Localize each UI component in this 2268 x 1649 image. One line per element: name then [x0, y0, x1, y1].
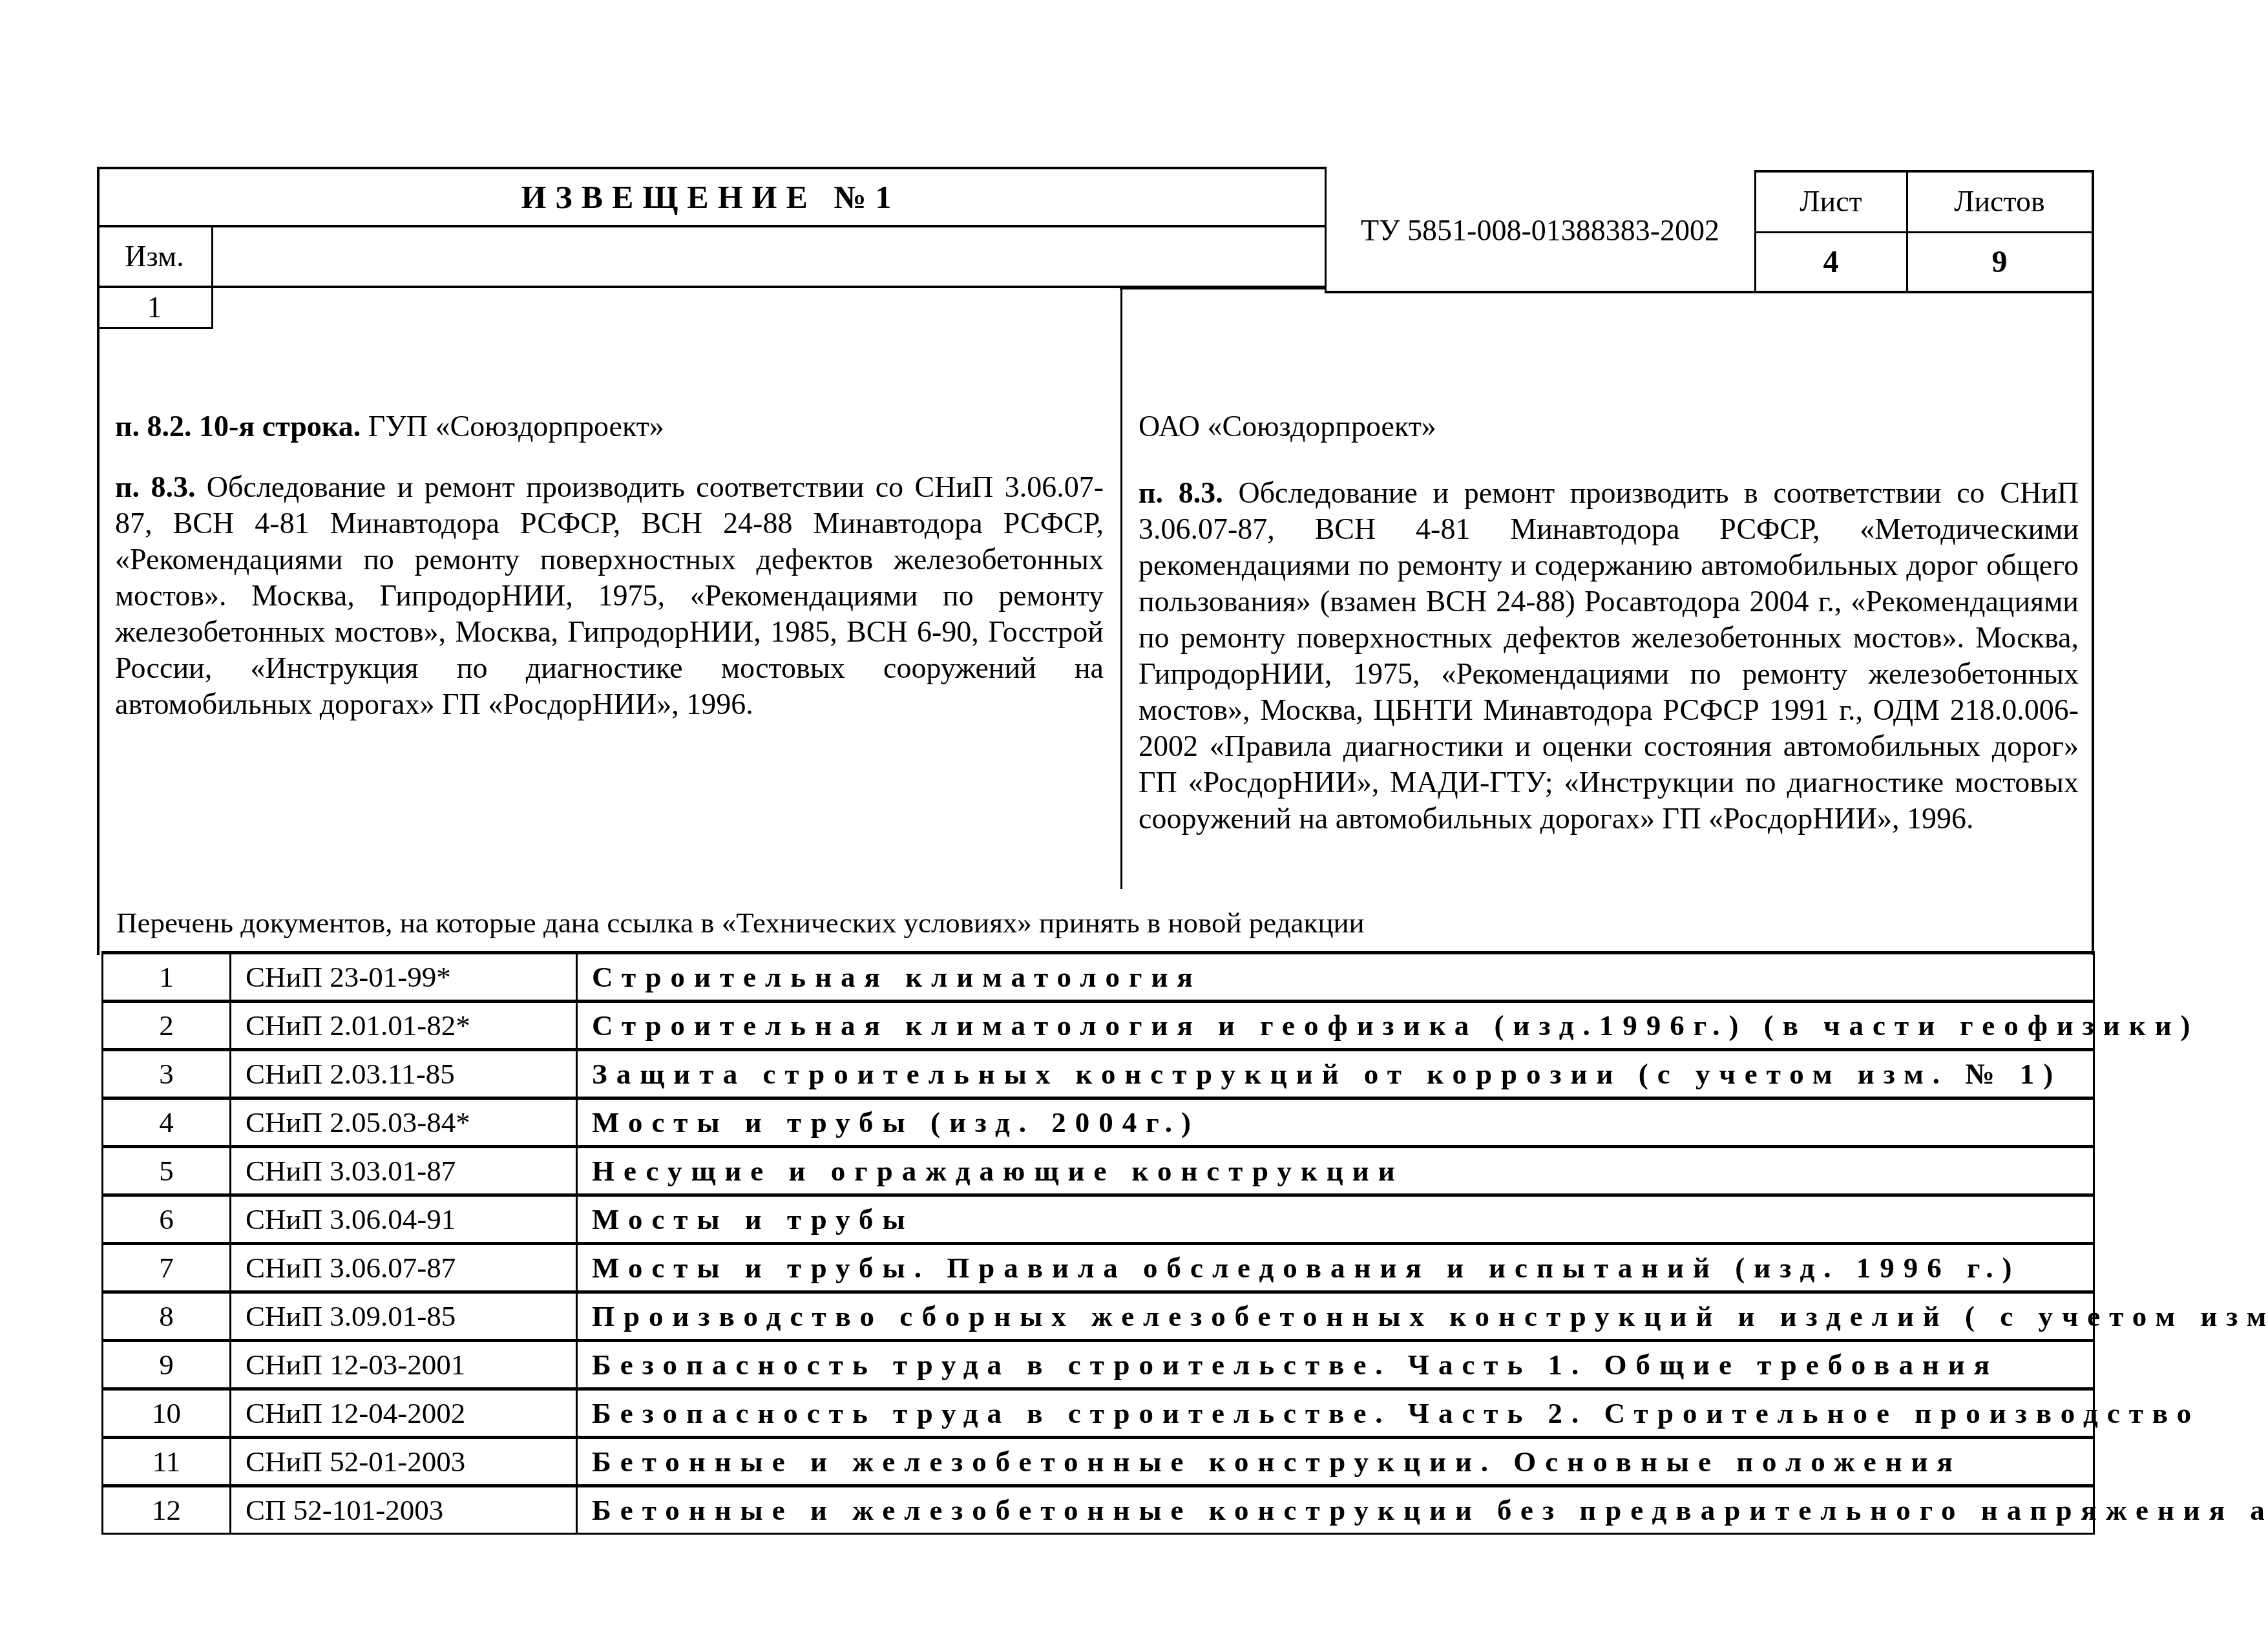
code-block-bottom	[1120, 287, 1327, 289]
table-row: 9СНиП 12-03-2001Безопасность труда в стр…	[103, 1341, 2094, 1389]
change-number: 1	[97, 287, 212, 327]
document-code-cell: СНиП 3.06.04-91	[231, 1195, 577, 1244]
document-code-cell: СНиП 2.01.01-82*	[231, 1002, 577, 1050]
references-caption: Перечень документов, на которые дана ссы…	[116, 906, 1365, 940]
table-row: 11СНиП 52-01-2003Бетонные и железобетонн…	[103, 1438, 2094, 1486]
old-clause-8-3-ref: п. 8.3.	[115, 470, 195, 503]
document-code: ТУ 5851-008-01388383-2002	[1326, 169, 1754, 291]
notice-title: ИЗВЕЩЕНИЕ №1	[97, 169, 1325, 225]
row-number: 6	[103, 1195, 231, 1244]
row-number: 9	[103, 1341, 231, 1389]
old-clause-8-2: п. 8.2. 10-я строка. ГУП «Союздорпроект»	[115, 408, 1104, 445]
row-number: 8	[103, 1292, 231, 1341]
document-title-cell: Бетонные и железобетонные конструкции. О…	[577, 1438, 2094, 1486]
document-code-cell: СНиП 12-04-2002	[231, 1389, 577, 1438]
new-clause-8-3: п. 8.3. Обследование и ремонт производит…	[1139, 475, 2079, 837]
document-code-cell: СНиП 12-03-2001	[231, 1341, 577, 1389]
document-title-cell: Строительная климатология	[577, 953, 2094, 1002]
sheets-label: Листов	[1907, 171, 2092, 231]
table-row: 2СНиП 2.01.01-82*Строительная климатолог…	[103, 1002, 2094, 1050]
table-row: 4СНиП 2.05.03-84*Мосты и трубы (изд. 200…	[103, 1098, 2094, 1147]
row-number: 7	[103, 1244, 231, 1292]
header-block-bottom	[1325, 291, 2094, 293]
change-number-bottom	[97, 327, 213, 329]
document-title-cell: Защита строительных конструкций от корро…	[577, 1050, 2094, 1098]
table-row: 1СНиП 23-01-99*Строительная климатология	[103, 953, 2094, 1002]
references-table: 1СНиП 23-01-99*Строительная климатология…	[101, 951, 2095, 1535]
table-row: 8СНиП 3.09.01-85Производство сборных жел…	[103, 1292, 2094, 1341]
old-clause-8-3: п. 8.3. Обследование и ремонт производит…	[115, 469, 1104, 722]
table-row: 10СНиП 12-04-2002Безопасность труда в ст…	[103, 1389, 2094, 1438]
sheet-label: Лист	[1756, 171, 1906, 231]
document-title-cell: Мосты и трубы	[577, 1195, 2094, 1244]
new-clause-8-2-text: ОАО «Союздорпроект»	[1139, 410, 1436, 443]
row-number: 4	[103, 1098, 231, 1147]
document-code-cell: СП 52-101-2003	[231, 1486, 577, 1534]
sheets-value: 9	[1907, 233, 2092, 291]
document-title-cell: Бетонные и железобетонные конструкции бе…	[577, 1486, 2094, 1534]
document-title-cell: Мосты и трубы (изд. 2004г.)	[577, 1098, 2094, 1147]
document-code-cell: СНиП 23-01-99*	[231, 953, 577, 1002]
table-row: 12СП 52-101-2003Бетонные и железобетонны…	[103, 1486, 2094, 1534]
new-clause-8-2: ОАО «Союздорпроект»	[1139, 408, 2079, 445]
row-number: 12	[103, 1486, 231, 1534]
new-clause-8-3-ref: п. 8.3.	[1139, 476, 1223, 509]
row-number: 10	[103, 1389, 231, 1438]
table-row: 5СНиП 3.03.01-87Несущие и ограждающие ко…	[103, 1147, 2094, 1195]
old-clause-8-2-text: ГУП «Союздорпроект»	[361, 410, 664, 443]
old-clause-8-2-ref: п. 8.2. 10-я строка.	[115, 410, 361, 443]
document-code-cell: СНиП 3.03.01-87	[231, 1147, 577, 1195]
row-number: 3	[103, 1050, 231, 1098]
sheet-value: 4	[1756, 233, 1906, 291]
document-title-cell: Строительная климатология и геофизика (и…	[577, 1002, 2094, 1050]
document-title-cell: Мосты и трубы. Правила обследования и ис…	[577, 1244, 2094, 1292]
document-title-cell: Безопасность труда в строительстве. Част…	[577, 1389, 2094, 1438]
document-code-cell: СНиП 52-01-2003	[231, 1438, 577, 1486]
title-row-bottom	[97, 225, 1325, 227]
document-code-cell: СНиП 3.06.07-87	[231, 1244, 577, 1292]
old-clause-8-3-text: Обследование и ремонт производить соотве…	[115, 470, 1104, 720]
row-number: 11	[103, 1438, 231, 1486]
new-clause-8-3-text: Обследование и ремонт производить в соот…	[1139, 476, 2079, 835]
row-number: 1	[103, 953, 231, 1002]
text-columns-divider	[1120, 288, 1122, 889]
table-row: 7СНиП 3.06.07-87Мосты и трубы. Правила о…	[103, 1244, 2094, 1292]
frame-right-border	[2092, 170, 2094, 955]
table-row: 3СНиП 2.03.11-85Защита строительных конс…	[103, 1050, 2094, 1098]
change-label: Изм.	[97, 226, 212, 286]
document-title-cell: Производство сборных железобетонных конс…	[577, 1292, 2094, 1341]
document-code-cell: СНиП 3.09.01-85	[231, 1292, 577, 1341]
document-code-cell: СНиП 2.03.11-85	[231, 1050, 577, 1098]
document-code-cell: СНиП 2.05.03-84*	[231, 1098, 577, 1147]
document-title-cell: Безопасность труда в строительстве. Част…	[577, 1341, 2094, 1389]
row-number: 5	[103, 1147, 231, 1195]
table-row: 6СНиП 3.06.04-91Мосты и трубы	[103, 1195, 2094, 1244]
row-number: 2	[103, 1002, 231, 1050]
document-title-cell: Несущие и ограждающие конструкции	[577, 1147, 2094, 1195]
